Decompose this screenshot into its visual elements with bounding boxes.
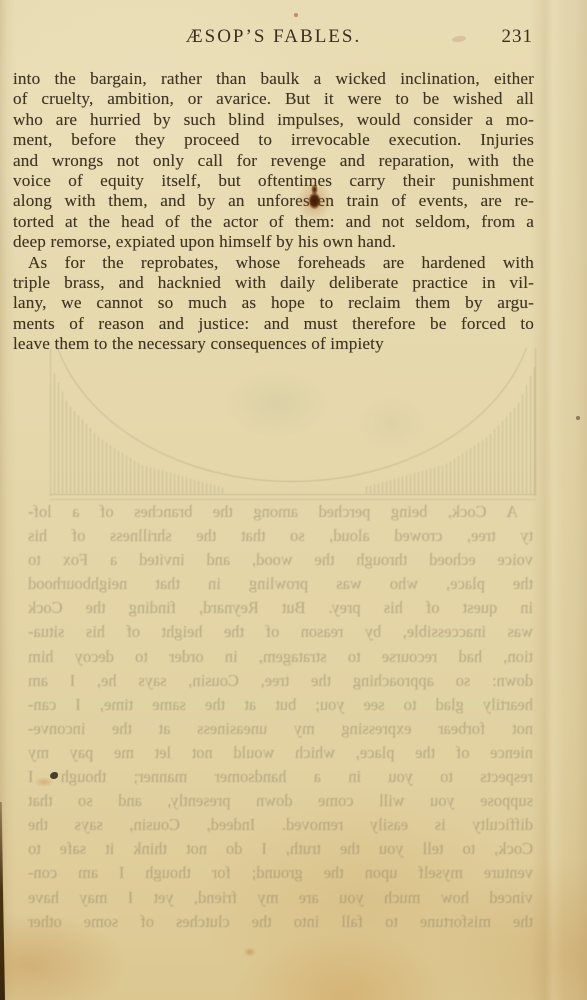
text-line: torted at the head of the actor of them:… (13, 212, 534, 232)
show-through-text: A Cock, being perched among the branches… (28, 500, 533, 934)
text-line: in quest of his prey. But Reynard, findi… (28, 596, 533, 620)
text-line: not forbear expressing my uneasiness at … (28, 717, 533, 741)
engraving-frame-right (50, 348, 51, 496)
text-line: and wrongs not only call for revenge and… (13, 151, 534, 171)
engraving-frame-left (535, 348, 536, 496)
text-line: into the bargain, rather than baulk a wi… (13, 69, 534, 89)
page-number: 231 (502, 26, 534, 48)
text-line: A Cock, being perched among the branches… (28, 500, 533, 524)
ink-blot (311, 184, 318, 195)
text-line: voice echoed through the wood, and invit… (28, 548, 533, 572)
text-line: As for the reprobates, whose foreheads a… (13, 253, 534, 273)
text-line: vinced how much you are my friend, yet I… (28, 886, 533, 910)
body-text: into the bargain, rather than baulk a wi… (13, 69, 534, 355)
text-line: ment, before they proceed to irrevocable… (13, 130, 534, 150)
book-page-scan: A Cock, being perched among the branches… (0, 0, 587, 1000)
text-line: respects to you in a handsomer manner; t… (28, 765, 533, 789)
text-line: venture myself upon the ground; for thou… (28, 861, 533, 885)
text-line: lany, we cannot so much as hope to recla… (13, 293, 534, 313)
engraving-faint-figure (207, 358, 347, 448)
text-line: difficulty is easily removed. Indeed, Co… (28, 813, 533, 837)
text-line: deep remorse, expiated upon himself by h… (13, 232, 534, 252)
ink-blot (308, 192, 321, 213)
text-line: nience of the place, which would not let… (28, 741, 533, 765)
text-line: triple brass, and hacknied with daily de… (13, 273, 534, 293)
paper-speck (294, 13, 298, 17)
text-line: of cruelty, ambition, or avarice. But it… (13, 89, 534, 109)
text-line: along with them, and by an unforeseen tr… (13, 191, 534, 211)
text-line: tion, had recourse to stratagem, in orde… (28, 645, 533, 669)
text-line: who are hurried by such blind impulses, … (13, 110, 534, 130)
text-line: was inaccessible, by reason of the heigh… (28, 620, 533, 644)
binding-edge (0, 802, 5, 1000)
text-line: ments of reason and justice: and must th… (13, 314, 534, 334)
text-line: suppose you will come down presently, an… (28, 789, 533, 813)
text-line: down: so approaching the tree, Cousin, s… (28, 669, 533, 693)
text-line: heartily glad to see you; but at the sam… (28, 693, 533, 717)
text-line: Cock, to tell you the truth, I do not th… (28, 837, 533, 861)
paper-speck (576, 416, 580, 420)
text-line: leave them to the necessary consequences… (13, 334, 534, 354)
text-line: ty tree, crowed aloud, so that the shril… (28, 524, 533, 548)
text-line: the misfortune to fall into the clutches… (28, 910, 533, 934)
text-line: the place, who was prowling in that neig… (28, 572, 533, 596)
ink-speck (50, 772, 58, 779)
show-through-engraving (0, 348, 587, 500)
engraving-faint-figure (347, 388, 437, 458)
text-line: voice of equity itself, but oftentimes c… (13, 171, 534, 191)
